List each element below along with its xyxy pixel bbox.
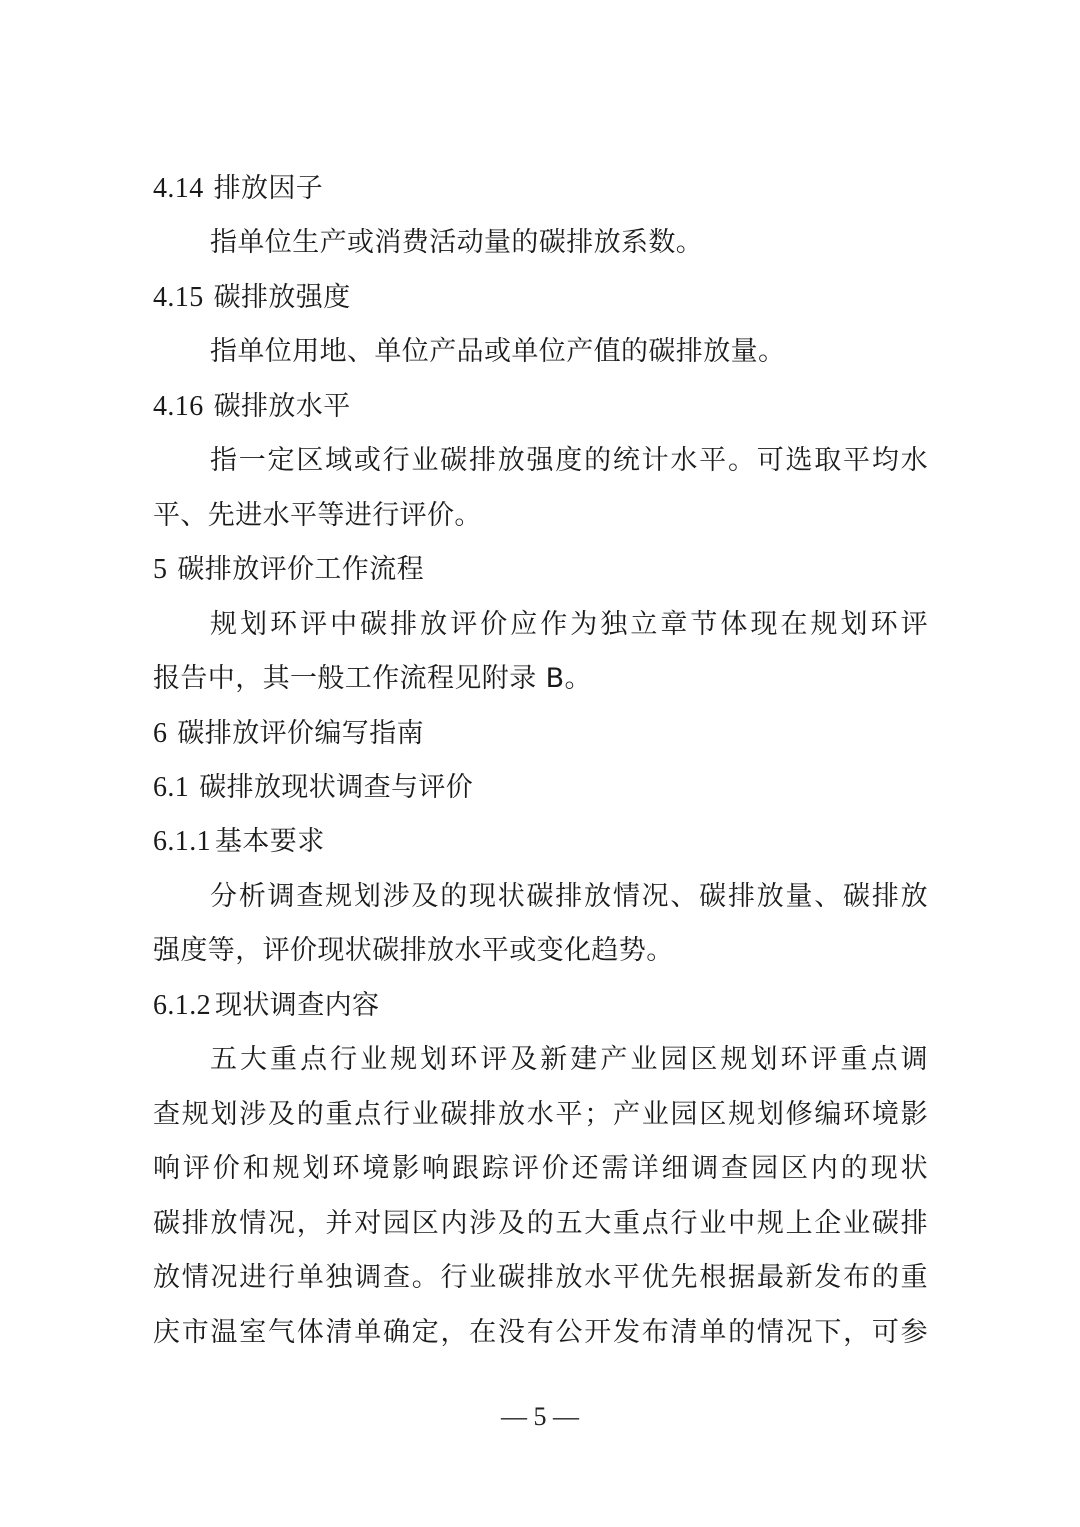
section-heading-6-1-1: 6.1.1基本要求 [153, 825, 928, 859]
page-number: — 5 — [0, 1402, 1080, 1432]
paragraph-line: 庆市温室气体清单确定，在没有公开发布清单的情况下，可参 [153, 1316, 928, 1350]
section-number: 6.1.1 [153, 825, 211, 859]
paragraph-line: 五大重点行业规划环评及新建产业园区规划环评重点调 [210, 1043, 928, 1077]
section-heading-6-1: 6.1碳排放现状调查与评价 [153, 771, 928, 805]
section-heading-6: 6碳排放评价编写指南 [153, 717, 928, 751]
paragraph-line: 报告中，其一般工作流程见附录 B。 [153, 662, 928, 696]
section-number: 6 [153, 717, 167, 751]
section-number: 4.14 [153, 172, 204, 206]
paragraph-line: 指一定区域或行业碳排放强度的统计水平。可选取平均水 [210, 444, 928, 478]
section-heading-4-15: 4.15碳排放强度 [153, 281, 928, 315]
paragraph-line: 响评价和规划环境影响跟踪评价还需详细调查园区内的现状 [153, 1152, 928, 1186]
section-title: 碳排放强度 [214, 282, 351, 313]
section-title: 碳排放评价编写指南 [177, 718, 424, 749]
section-heading-6-1-2: 6.1.2现状调查内容 [153, 989, 928, 1023]
paragraph-line: 分析调查规划涉及的现状碳排放情况、碳排放量、碳排放 [210, 880, 928, 914]
section-number: 4.15 [153, 281, 204, 315]
section-number: 5 [153, 553, 167, 587]
section-heading-4-16: 4.16碳排放水平 [153, 390, 928, 424]
section-number: 6.1 [153, 771, 189, 805]
section-number: 6.1.2 [153, 989, 211, 1023]
paragraph-line: 查规划涉及的重点行业碳排放水平；产业园区规划修编环境影 [153, 1098, 928, 1132]
section-title: 现状调查内容 [215, 990, 379, 1021]
paragraph-line: 强度等，评价现状碳排放水平或变化趋势。 [153, 934, 928, 968]
paragraph-line: 指单位生产或消费活动量的碳排放系数。 [210, 226, 928, 260]
paragraph-line: 放情况进行单独调查。行业碳排放水平优先根据最新发布的重 [153, 1261, 928, 1295]
section-title: 排放因子 [214, 173, 324, 204]
paragraph-line: 指单位用地、单位产品或单位产值的碳排放量。 [210, 335, 928, 369]
section-title: 碳排放现状调查与评价 [199, 772, 473, 803]
section-heading-4-14: 4.14排放因子 [153, 172, 928, 206]
paragraph-line: 碳排放情况，并对园区内涉及的五大重点行业中规上企业碳排 [153, 1207, 928, 1241]
section-title: 碳排放评价工作流程 [177, 554, 424, 585]
paragraph-line: 规划环评中碳排放评价应作为独立章节体现在规划环评 [210, 608, 928, 642]
document-page: 4.14排放因子 指单位生产或消费活动量的碳排放系数。 4.15碳排放强度 指单… [0, 0, 1080, 1527]
paragraph-line: 平、先进水平等进行评价。 [153, 499, 928, 533]
section-title: 碳排放水平 [214, 391, 351, 422]
section-title: 基本要求 [215, 826, 325, 857]
section-heading-5: 5碳排放评价工作流程 [153, 553, 928, 587]
section-number: 4.16 [153, 390, 204, 424]
